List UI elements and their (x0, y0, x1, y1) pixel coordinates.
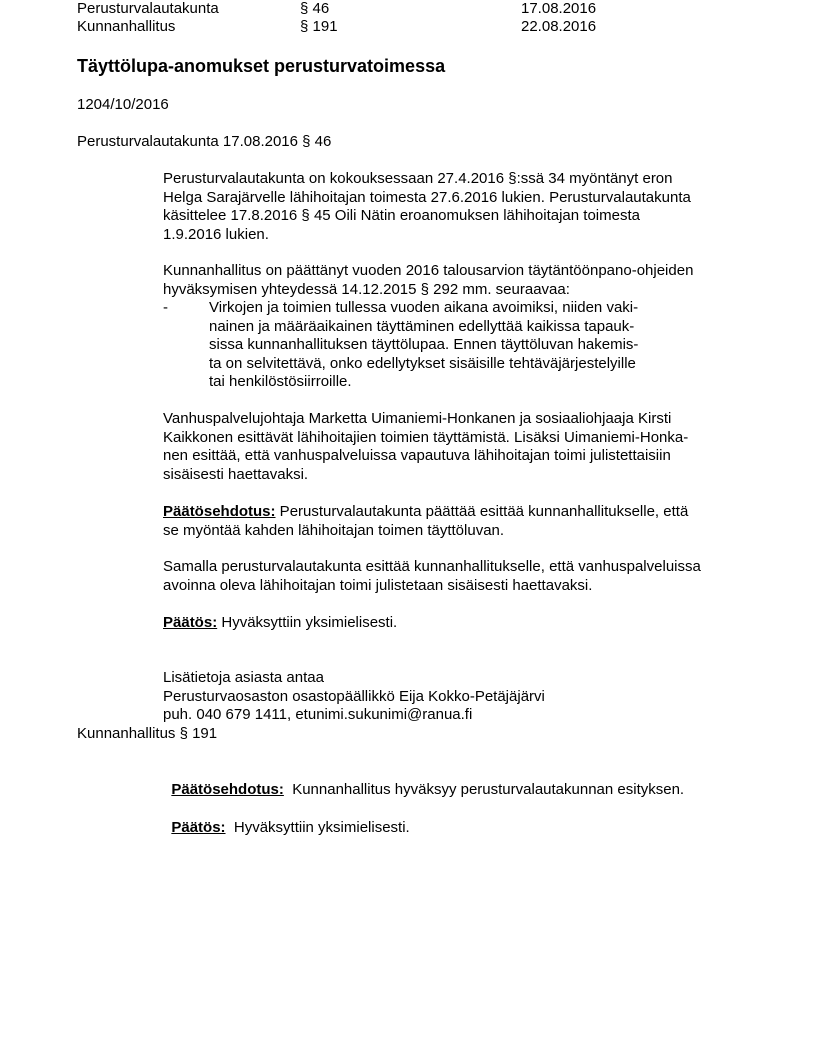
text-line: Samalla perusturvalautakunta esittää kun… (163, 558, 701, 577)
header-date: 17.08.2016 (521, 0, 596, 18)
text-line: ta on selvitettävä, onko edellytykset si… (209, 355, 638, 374)
case-number: 1204/10/2016 (77, 96, 169, 114)
text-line: sissa kunnanhallituksen täyttölupaa. Enn… (209, 336, 638, 355)
paragraph-background: Perusturvalautakunta on kokouksessaan 27… (163, 170, 691, 244)
decision-2: Päätös: Hyväksyttiin yksimielisesti. (163, 800, 410, 837)
text-line: sisäisesti haettavaksi. (163, 466, 688, 485)
decision-proposal-2: Päätösehdotus: Kunnanhallitus hyväksyy p… (163, 762, 684, 799)
section-heading-perusturvalautakunta: Perusturvalautakunta 17.08.2016 § 46 (77, 133, 331, 151)
text-line: tai henkilöstösiirroille. (209, 373, 638, 392)
text-line: Vanhuspalvelujohtaja Marketta Uimaniemi-… (163, 410, 688, 429)
paragraph-internal-posting: Samalla perusturvalautakunta esittää kun… (163, 558, 701, 595)
decision-label: Päätös: (163, 614, 217, 631)
header-section: § 46 (300, 0, 329, 18)
header-body: Kunnanhallitus (77, 18, 175, 36)
text-line: Helga Sarajärvelle lähihoitajan toimesta… (163, 189, 691, 208)
decision-text: Hyväksyttiin yksimielisesti. (226, 819, 410, 836)
text-line: Perusturvaosaston osastopäällikkö Eija K… (163, 688, 545, 707)
proposal-label: Päätösehdotus: (171, 781, 284, 798)
text-line: Virkojen ja toimien tullessa vuoden aika… (209, 299, 638, 318)
bullet-item: Virkojen ja toimien tullessa vuoden aika… (209, 299, 638, 392)
decision-1: Päätös: Hyväksyttiin yksimielisesti. (163, 614, 397, 633)
decision-text: Hyväksyttiin yksimielisesti. (217, 614, 397, 631)
text-line: hyväksymisen yhteydessä 14.12.2015 § 292… (163, 281, 693, 300)
text-line: Kaikkonen esittävät lähihoitajien toimie… (163, 429, 688, 448)
proposal-text: Perusturvalautakunta päättää esittää kun… (276, 503, 689, 520)
document-title: Täyttölupa-anomukset perusturvatoimessa (77, 55, 445, 77)
proposal-label: Päätösehdotus: (163, 503, 276, 520)
proposal-text: se myöntää kahden lähihoitajan toimen tä… (163, 522, 688, 541)
contact-info: Lisätietoja asiasta antaa Perusturvaosas… (163, 669, 545, 725)
paragraph-budget-instructions: Kunnanhallitus on päättänyt vuoden 2016 … (163, 262, 693, 299)
text-line: Kunnanhallitus on päättänyt vuoden 2016 … (163, 262, 693, 281)
text-line: Lisätietoja asiasta antaa (163, 669, 545, 688)
section-heading-kunnanhallitus: Kunnanhallitus § 191 (77, 725, 217, 743)
decision-proposal-1: Päätösehdotus: Perusturvalautakunta päät… (163, 503, 688, 540)
bullet-dash: - (163, 299, 168, 317)
decision-label: Päätös: (171, 819, 225, 836)
text-line: 1.9.2016 lukien. (163, 226, 691, 245)
header-section: § 191 (300, 18, 338, 36)
proposal-text: Kunnanhallitus hyväksyy perusturvalautak… (284, 781, 684, 798)
paragraph-proposal-background: Vanhuspalvelujohtaja Marketta Uimaniemi-… (163, 410, 688, 484)
text-line: käsittelee 17.8.2016 § 45 Oili Nätin ero… (163, 207, 691, 226)
text-line: puh. 040 679 1411, etunimi.sukunimi@ranu… (163, 706, 545, 725)
header-body: Perusturvalautakunta (77, 0, 219, 18)
text-line: avoinna oleva lähihoitajan toimi juliste… (163, 577, 701, 596)
text-line: Perusturvalautakunta on kokouksessaan 27… (163, 170, 691, 189)
text-line: nen esittää, että vanhuspalveluissa vapa… (163, 447, 688, 466)
text-line: nainen ja määräaikainen täyttäminen edel… (209, 318, 638, 337)
header-date: 22.08.2016 (521, 18, 596, 36)
